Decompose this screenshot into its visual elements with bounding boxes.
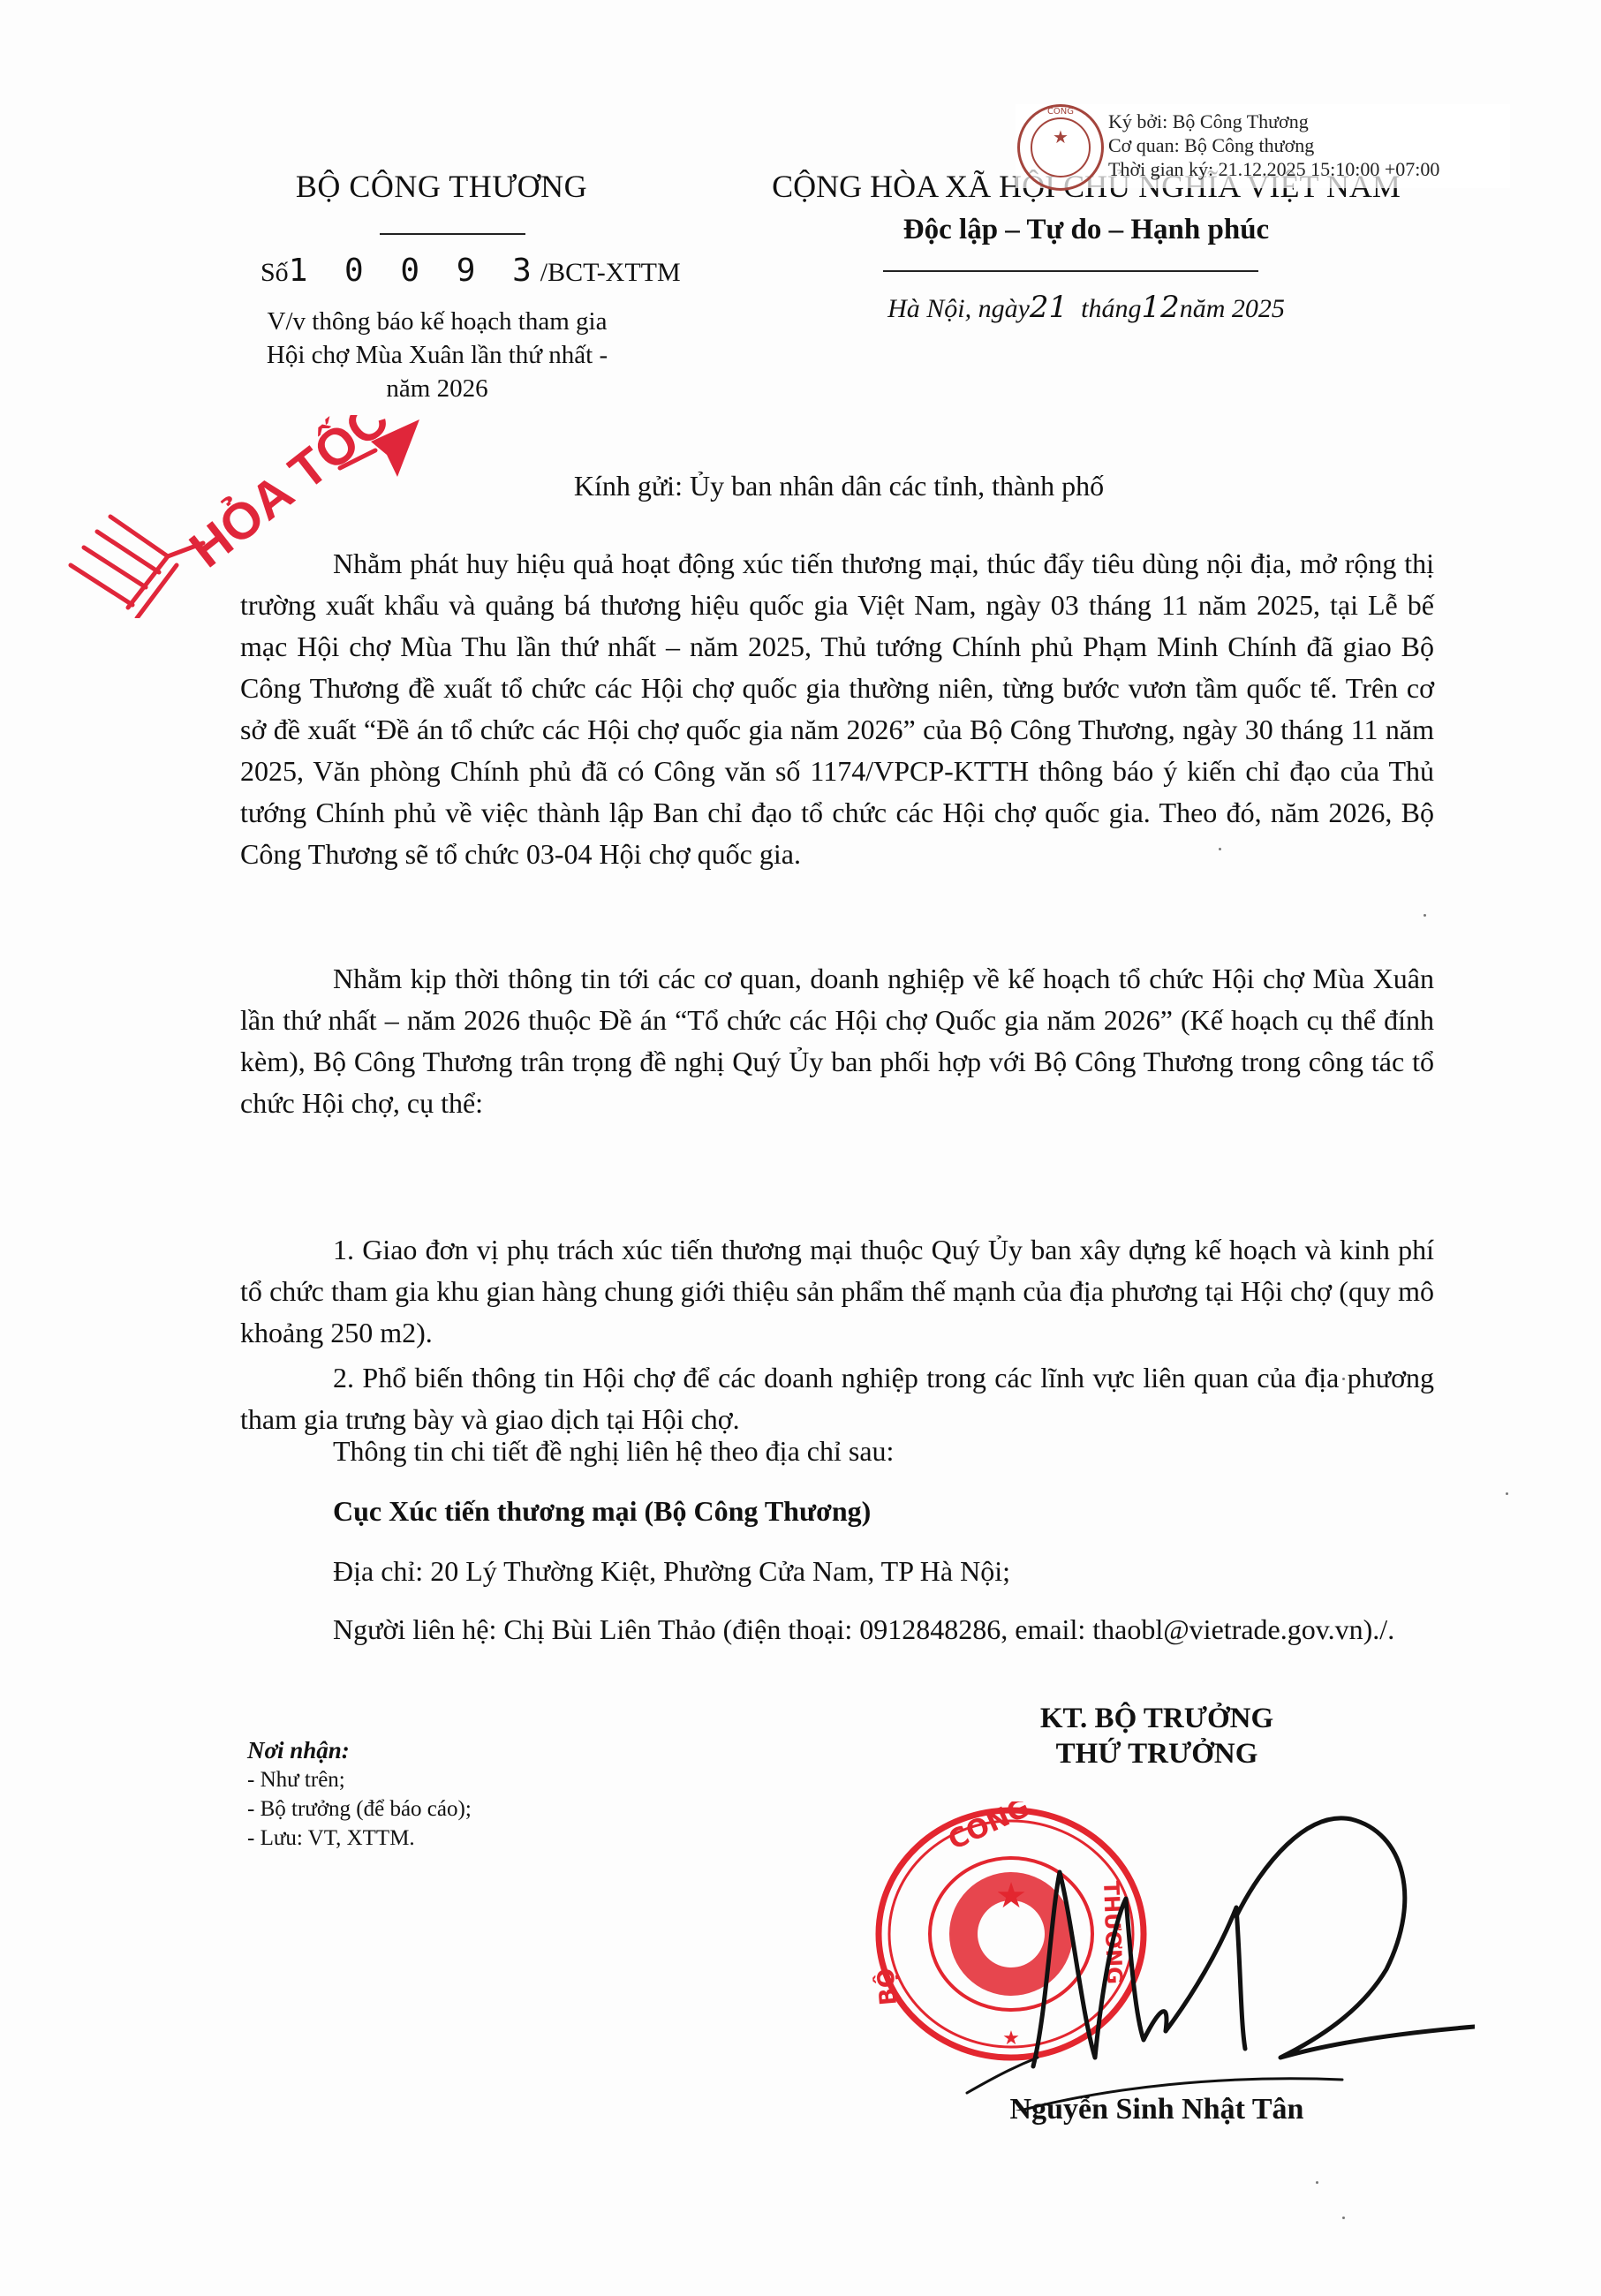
signer-title-line-1: KT. BỘ TRƯỞNG	[927, 1701, 1386, 1736]
seal-small-label: CÔNG	[1020, 107, 1101, 117]
body-paragraph-2: Nhằm kịp thời thông tin tới các cơ quan,…	[240, 958, 1434, 1124]
contact-organization: Cục Xúc tiến thương mại (Bộ Công Thương)	[240, 1491, 1434, 1532]
signer-name: Nguyễn Sinh Nhật Tân	[927, 2093, 1386, 2126]
scan-speck	[1424, 914, 1426, 917]
contact-address: Địa chỉ: 20 Lý Thường Kiệt, Phường Cửa N…	[240, 1551, 1434, 1592]
date-year: năm 2025	[1180, 294, 1285, 323]
request-item-2: 2. Phổ biến thông tin Hội chợ để các doa…	[240, 1357, 1434, 1440]
scan-speck	[1342, 1378, 1345, 1380]
doc-number-suffix: /BCT-XTTM	[540, 258, 681, 287]
signer-title: KT. BỘ TRƯỞNG THỨ TRƯỞNG	[927, 1701, 1386, 1771]
contact-intro: Thông tin chi tiết đề nghị liên hệ theo …	[240, 1431, 1434, 1472]
scan-speck	[1342, 2217, 1345, 2219]
subject: V/v thông báo kế hoạch tham gia Hội chợ …	[221, 305, 653, 405]
date-place: Hà Nội, ngày	[887, 294, 1030, 323]
recipients-title: Nơi nhận:	[247, 1736, 472, 1765]
national-motto: Độc lập – Tự do – Hạnh phúc	[733, 214, 1439, 246]
scan-speck	[1219, 848, 1221, 850]
handwritten-signature	[927, 1793, 1475, 2111]
recipient-line: Kính gửi: Ủy ban nhân dân các tỉnh, thàn…	[221, 470, 1457, 502]
subject-line-2: Hội chợ Mùa Xuân lần thứ nhất -	[221, 338, 653, 372]
request-item-1: 1. Giao đơn vị phụ trách xúc tiến thương…	[240, 1229, 1434, 1354]
recipient-item: - Lưu: VT, XTTM.	[247, 1824, 472, 1853]
divider-left	[380, 233, 525, 235]
date-month-label: tháng	[1081, 294, 1141, 323]
contact-person: Người liên hệ: Chị Bùi Liên Thảo (điện t…	[240, 1609, 1434, 1650]
document-number: Số1 0 0 9 3/BCT-XTTM	[261, 253, 667, 289]
star-icon: ★	[1020, 126, 1101, 148]
body-paragraph-1: Nhằm phát huy hiệu quả hoạt động xúc tiế…	[240, 543, 1434, 875]
date-month: 12	[1142, 290, 1180, 325]
recipient-item: - Bộ trưởng (để báo cáo);	[247, 1794, 472, 1824]
subject-line-1: V/v thông báo kế hoạch tham gia	[221, 305, 653, 338]
recipients-list: Nơi nhận: - Như trên; - Bộ trưởng (để bá…	[247, 1736, 472, 1853]
issue-date: Hà Nội, ngày21 tháng12năm 2025	[777, 290, 1395, 325]
doc-number-prefix: Số	[261, 258, 289, 287]
signing-time: Thời gian ký: 21.12.2025 15:10:00 +07:00	[1108, 157, 1439, 181]
seal-text-left: BỘ	[871, 1967, 902, 2007]
subject-line-3: năm 2026	[221, 372, 653, 405]
signing-agency: Cơ quan: Bộ Công thương	[1108, 133, 1439, 157]
signer-title-line-2: THỨ TRƯỞNG	[927, 1736, 1386, 1771]
doc-number-handwritten: 1 0 0 9 3	[289, 253, 540, 289]
digital-signature-info: Ký bởi: Bộ Công Thương Cơ quan: Bộ Công …	[1108, 110, 1439, 181]
divider-right	[883, 270, 1258, 272]
scan-speck	[1316, 2181, 1318, 2184]
date-day: 21	[1030, 290, 1068, 325]
digital-seal-icon: CÔNG ★	[1017, 104, 1104, 191]
recipient-item: - Như trên;	[247, 1765, 472, 1794]
scan-speck	[1506, 1492, 1508, 1495]
signed-by: Ký bởi: Bộ Công Thương	[1108, 110, 1439, 133]
issuing-agency: BỘ CÔNG THƯƠNG	[247, 168, 636, 205]
